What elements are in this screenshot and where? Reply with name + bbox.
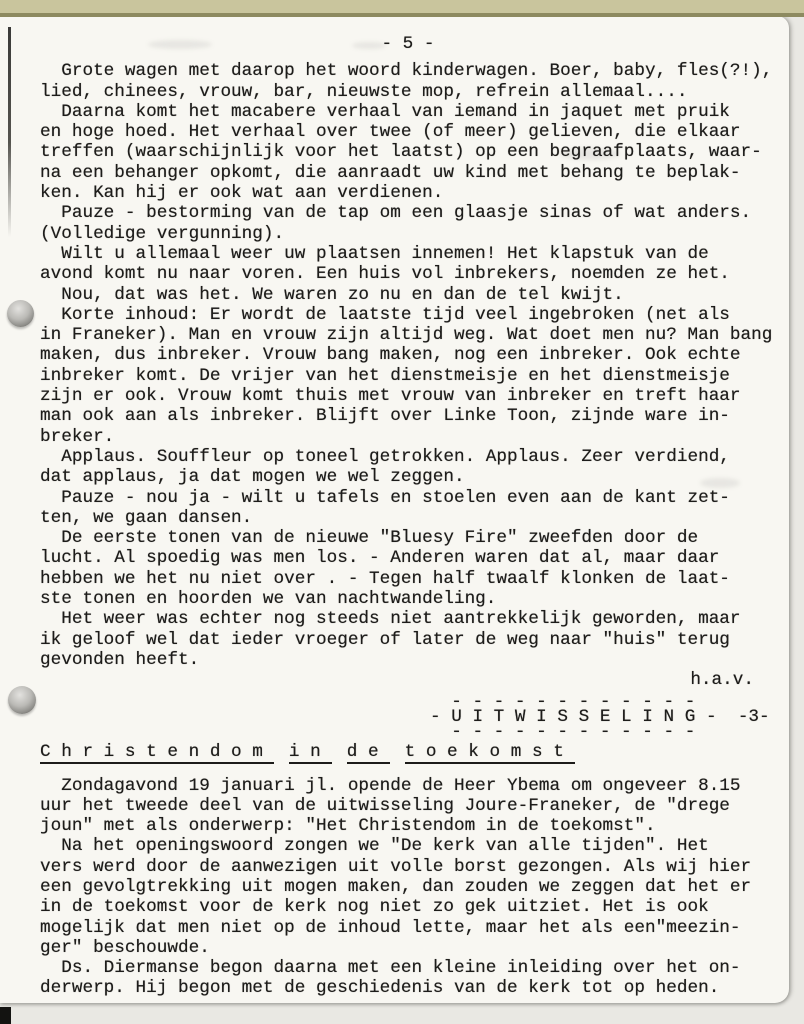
paragraph: Wilt u allemaal weer uw plaatsen innemen… [40, 244, 776, 285]
binding-strip [0, 0, 804, 17]
page-edge-shadow [8, 27, 11, 237]
article-title: C h r i s t e n d o mi nd et o e k o m s… [40, 742, 776, 763]
article-title-word: t o e k o m s t [405, 742, 575, 764]
paragraph: Pauze - nou ja - wilt u tafels en stoele… [40, 488, 776, 529]
paragraph: Pauze - bestorming van de tap om een gla… [40, 203, 776, 244]
punch-hole-top [7, 300, 34, 327]
paragraph: Nou, dat was het. We waren zo nu en dan … [40, 285, 776, 305]
paragraph: Korte inhoud: Er wordt de laatste tijd v… [40, 305, 776, 447]
punch-hole-bottom [8, 686, 36, 714]
article-title-word: C h r i s t e n d o m [40, 742, 274, 764]
article-title-word: i n [289, 742, 332, 764]
body-text: Grote wagen met daarop het woord kinderw… [40, 61, 776, 670]
paragraph: Het weer was echter nog steeds niet aant… [40, 609, 776, 670]
article-title-word: d e [347, 742, 390, 764]
paragraph: Daarna komt het macabere verhaal van iem… [40, 102, 776, 203]
scan-stage: - 5 - Grote wagen met daarop het woord k… [0, 0, 804, 1024]
paragraph: Ds. Diermanse begon daarna met een klein… [40, 958, 776, 999]
paragraph: Applaus. Souffleur op toneel getrokken. … [40, 447, 776, 488]
paragraph: Grote wagen met daarop het woord kinderw… [40, 61, 776, 102]
heading-underline: - - - - - - - - - - - - [430, 727, 776, 737]
paragraph: Na het openingswoord zongen we "De kerk … [40, 836, 776, 958]
heading-overline: - - - - - - - - - - - - [430, 697, 776, 707]
page-content: - 5 - Grote wagen met daarop het woord k… [40, 34, 776, 999]
corner-ink-mark [0, 1007, 11, 1024]
article-body-text: Zondagavond 19 januari jl. opende de Hee… [40, 776, 776, 999]
signature-initials: h.a.v. [40, 670, 776, 690]
section-heading-uitwisseling: - - - - - - - - - - - - - U I T W I S S … [40, 697, 776, 737]
paragraph: Zondagavond 19 januari jl. opende de Hee… [40, 776, 776, 837]
paragraph: De eerste tonen van de nieuwe "Bluesy Fi… [40, 528, 776, 609]
page-number: - 5 - [40, 34, 776, 54]
